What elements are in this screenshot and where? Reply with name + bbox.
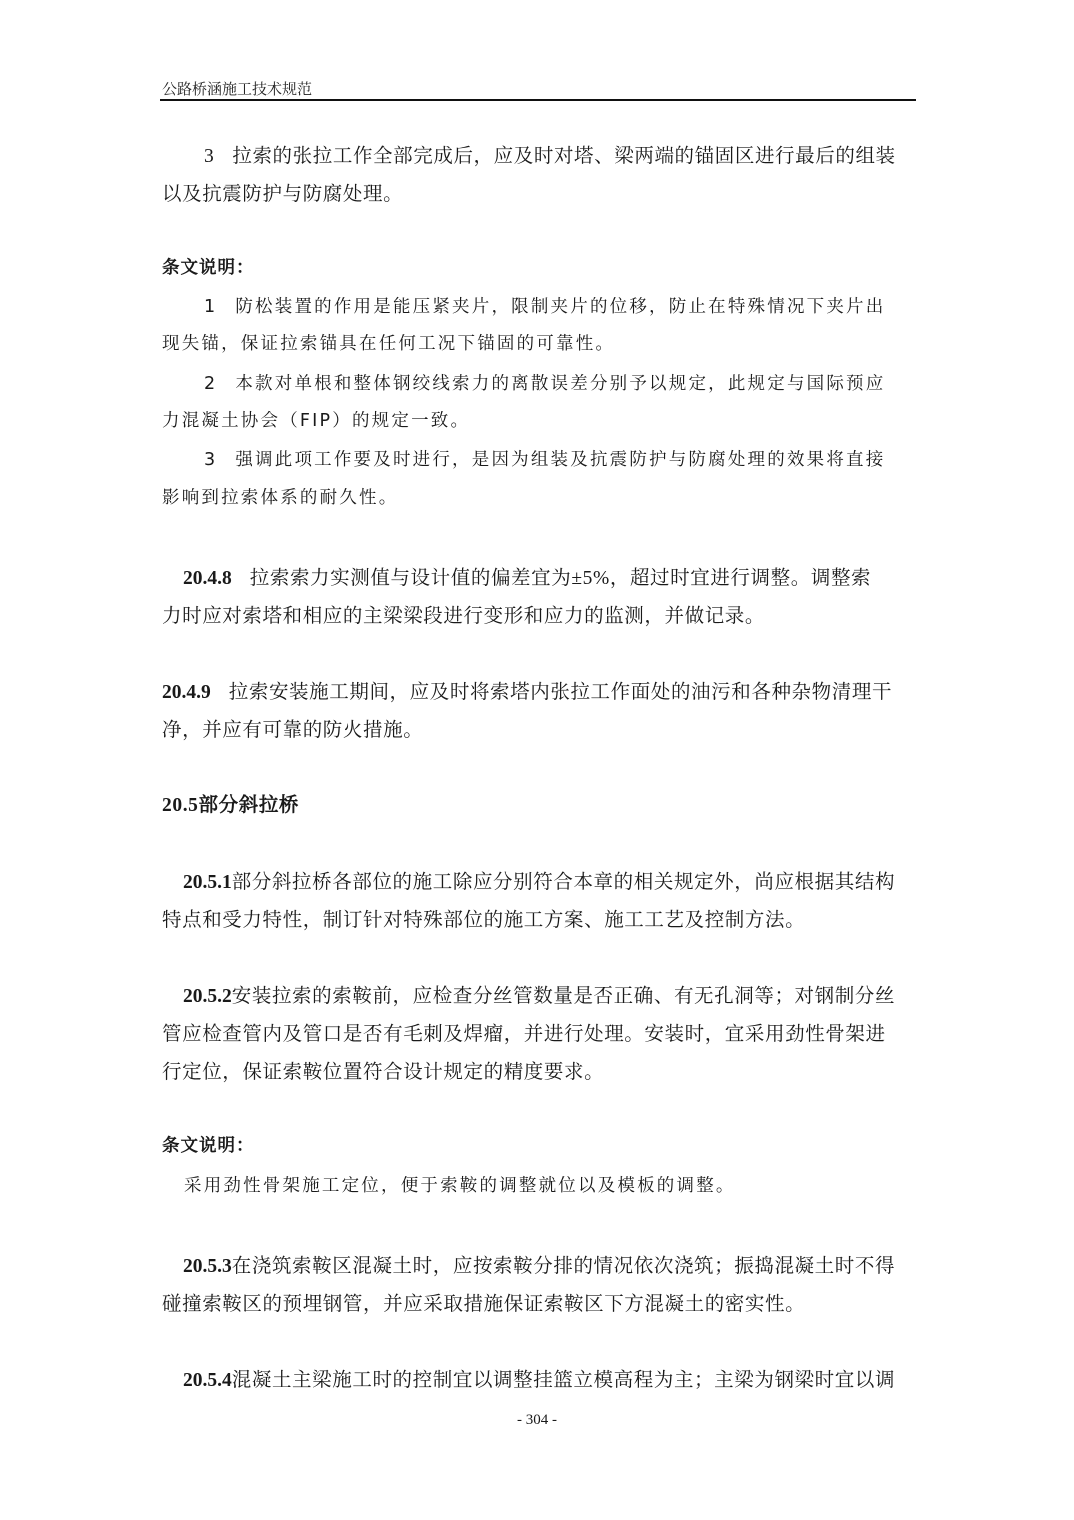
header-divider xyxy=(160,99,916,101)
clause-text: 安装拉索的索鞍前，应检查分丝管数量是否正确、有无孔洞等；对钢制分丝 xyxy=(232,986,895,1007)
clause-text: 部分斜拉桥各部位的施工除应分别符合本章的相关规定外，尚应根据其结构 xyxy=(232,872,895,893)
item-number: 2 xyxy=(204,374,217,394)
item-text: 本款对单根和整体钢绞线索力的离散误差分别予以规定，此规定与国际预应 xyxy=(235,374,885,394)
clause-20-5-2-line-1: 20.5.2安装拉索的索鞍前，应检查分丝管数量是否正确、有无孔洞等；对钢制分丝 xyxy=(183,980,895,1008)
item-3-line-2: 以及抗震防护与防腐处理。 xyxy=(162,178,403,206)
item-text: 拉索的张拉工作全部完成后，应及时对塔、梁两端的锚固区进行最后的组装 xyxy=(232,146,895,167)
commentary-line: 采用劲性骨架施工定位，便于索鞍的调整就位以及模板的调整。 xyxy=(184,1172,736,1197)
running-header-title: 公路桥涵施工技术规范 xyxy=(162,78,312,99)
clause-20-4-9-line-1: 20.4.9拉索安装施工期间，应及时将索塔内张拉工作面处的油污和各种杂物清理干 xyxy=(162,676,892,704)
clause-20-4-8-line-1: 20.4.8拉索索力实测值与设计值的偏差宜为±5%，超过时宜进行调整。调整索 xyxy=(183,562,871,590)
commentary-3-line-1: 3强调此项工作要及时进行，是因为组装及抗震防护与防腐处理的效果将直接 xyxy=(204,446,885,471)
commentary-1-line-1: 1防松装置的作用是能压紧夹片，限制夹片的位移，防止在特殊情况下夹片出 xyxy=(204,293,885,318)
item-number: 3 xyxy=(204,146,214,167)
page-number: - 304 - xyxy=(0,1412,1074,1429)
item-3-line-1: 3拉索的张拉工作全部完成后，应及时对塔、梁两端的锚固区进行最后的组装 xyxy=(204,140,896,168)
clause-text: 混凝土主梁施工时的控制宜以调整挂篮立模高程为主；主梁为钢梁时宜以调 xyxy=(232,1370,895,1391)
clause-number: 20.4.8 xyxy=(183,568,232,589)
commentary-heading: 条文说明： xyxy=(162,1132,255,1157)
section-heading-20-5: 20.5部分斜拉桥 xyxy=(162,789,299,817)
commentary-heading: 条文说明： xyxy=(162,254,255,279)
item-number: 3 xyxy=(204,450,217,470)
clause-20-5-3-line-2: 碰撞索鞍区的预埋钢管，并应采取措施保证索鞍区下方混凝土的密实性。 xyxy=(162,1288,805,1316)
clause-20-5-4-line-1: 20.5.4混凝土主梁施工时的控制宜以调整挂篮立模高程为主；主梁为钢梁时宜以调 xyxy=(183,1364,895,1392)
commentary-2-line-1: 2本款对单根和整体钢绞线索力的离散误差分别予以规定，此规定与国际预应 xyxy=(204,370,885,395)
clause-20-4-8-line-2: 力时应对索塔和相应的主梁梁段进行变形和应力的监测，并做记录。 xyxy=(162,600,765,628)
commentary-2-line-2: 力混凝土协会（FIP）的规定一致。 xyxy=(162,407,470,432)
clause-20-5-1-line-1: 20.5.1部分斜拉桥各部位的施工除应分别符合本章的相关规定外，尚应根据其结构 xyxy=(183,866,895,894)
item-text: 强调此项工作要及时进行，是因为组装及抗震防护与防腐处理的效果将直接 xyxy=(235,450,885,470)
commentary-1-line-2: 现失锚，保证拉索锚具在任何工况下锚固的可靠性。 xyxy=(162,330,615,355)
clause-20-5-3-line-1: 20.5.3在浇筑索鞍区混凝土时，应按索鞍分排的情况依次浇筑；振捣混凝土时不得 xyxy=(183,1250,895,1278)
clause-text: 拉索索力实测值与设计值的偏差宜为±5%，超过时宜进行调整。调整索 xyxy=(250,568,871,589)
clause-text: 在浇筑索鞍区混凝土时，应按索鞍分排的情况依次浇筑；振捣混凝土时不得 xyxy=(232,1256,895,1277)
clause-20-5-2-line-2: 管应检查管内及管口是否有毛刺及焊瘤，并进行处理。安装时，宜采用劲性骨架进 xyxy=(162,1018,886,1046)
clause-number: 20.5.2 xyxy=(183,986,232,1007)
clause-number: 20.5.4 xyxy=(183,1370,232,1391)
commentary-3-line-2: 影响到拉索体系的耐久性。 xyxy=(162,484,398,509)
item-text: 防松装置的作用是能压紧夹片，限制夹片的位移，防止在特殊情况下夹片出 xyxy=(235,297,885,317)
clause-20-5-1-line-2: 特点和受力特性，制订针对特殊部位的施工方案、施工工艺及控制方法。 xyxy=(162,904,805,932)
clause-20-4-9-line-2: 净，并应有可靠的防火措施。 xyxy=(162,714,423,742)
clause-text: 拉索安装施工期间，应及时将索塔内张拉工作面处的油污和各种杂物清理干 xyxy=(229,682,892,703)
clause-number: 20.5.3 xyxy=(183,1256,232,1277)
clause-number: 20.5.1 xyxy=(183,872,232,893)
clause-number: 20.4.9 xyxy=(162,682,211,703)
item-number: 1 xyxy=(204,297,217,317)
clause-20-5-2-line-3: 行定位，保证索鞍位置符合设计规定的精度要求。 xyxy=(162,1056,604,1084)
